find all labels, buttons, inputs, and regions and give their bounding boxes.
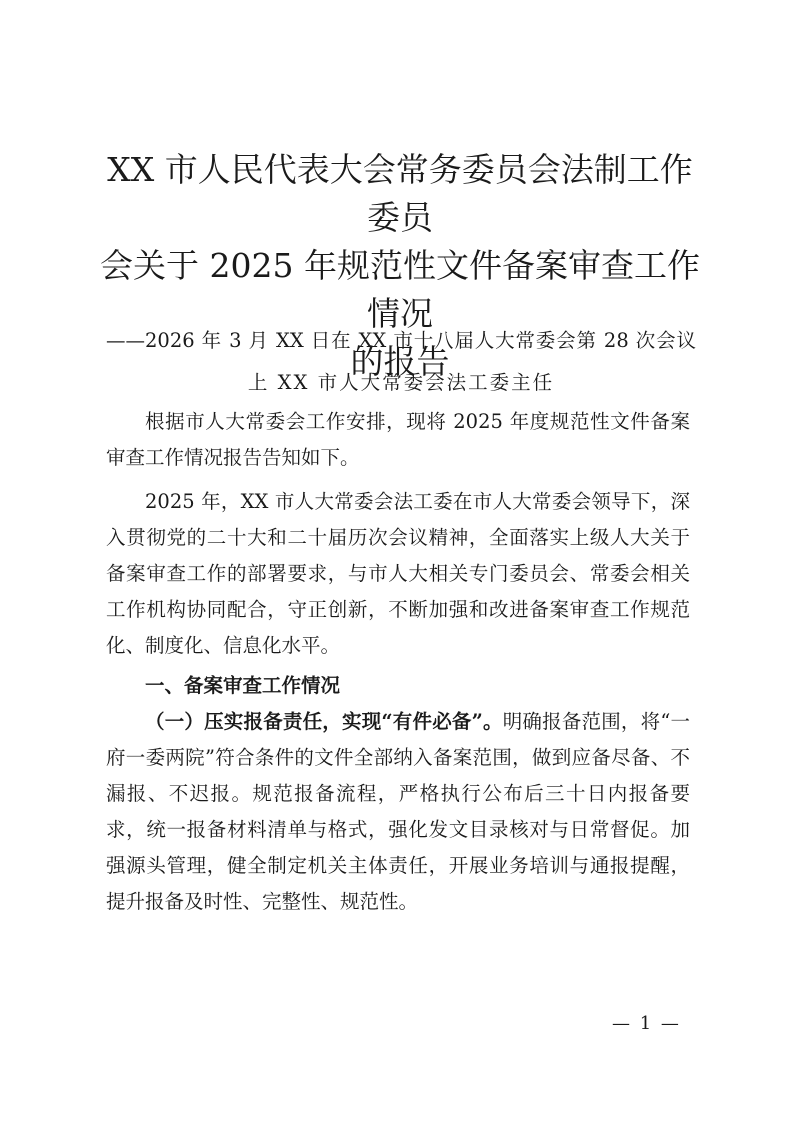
item-lead-in: （一）压实报备责任，实现“有件必备”。 xyxy=(145,710,503,733)
document-page: XX 市人民代表大会常务委员会法制工作委员 会关于 2025 年规范性文件备案审… xyxy=(0,0,793,1122)
section1-item1-block: （一）压实报备责任，实现“有件必备”。明确报备范围，将“一府一委两院”符合条件的… xyxy=(106,704,690,920)
item-body-text: 明确报备范围，将“一府一委两院”符合条件的文件全部纳入备案范围，做到应备尽备、不… xyxy=(106,710,690,913)
subtitle-line-2: 上 XX 市人大常委会法工委主任 xyxy=(106,362,696,404)
overview-paragraph: 2025 年，XX 市人大常委会法工委在市人大常委会领导下，深入贯彻党的二十大和… xyxy=(106,484,690,664)
subtitle-line-1: ——2026 年 3 月 XX 日在 XX 市十八届人大常委会第 28 次会议 xyxy=(106,320,696,362)
document-subtitle: ——2026 年 3 月 XX 日在 XX 市十八届人大常委会第 28 次会议 … xyxy=(106,320,696,404)
title-line-1: XX 市人民代表大会常务委员会法制工作委员 xyxy=(100,146,700,242)
intro-paragraph-block: 根据市人大常委会工作安排，现将 2025 年度规范性文件备案审查工作情况报告告知… xyxy=(106,404,690,476)
page-number: — 1 — xyxy=(612,1013,681,1034)
section1-item1-paragraph: （一）压实报备责任，实现“有件必备”。明确报备范围，将“一府一委两院”符合条件的… xyxy=(106,704,690,920)
section-heading-1: 一、备案审查工作情况 xyxy=(145,668,340,704)
intro-paragraph: 根据市人大常委会工作安排，现将 2025 年度规范性文件备案审查工作情况报告告知… xyxy=(106,404,690,476)
overview-paragraph-block: 2025 年，XX 市人大常委会法工委在市人大常委会领导下，深入贯彻党的二十大和… xyxy=(106,484,690,664)
